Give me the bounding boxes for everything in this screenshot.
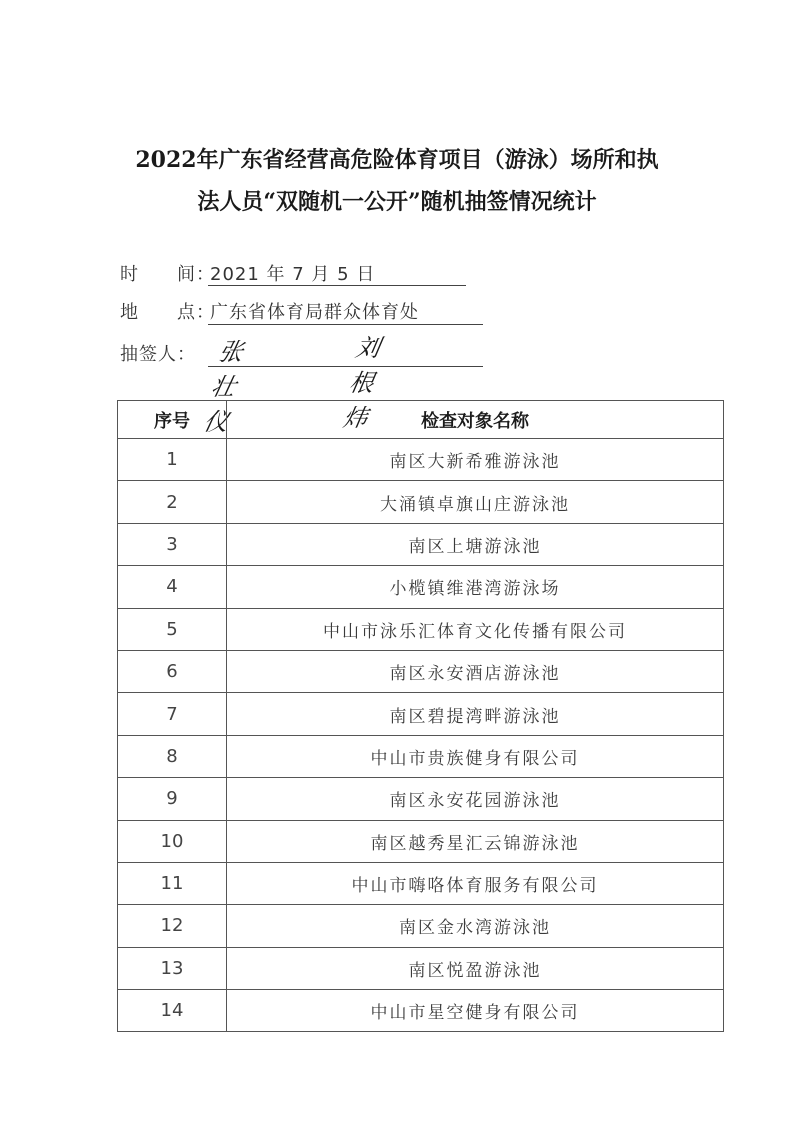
table-row: 8中山市贵族健身有限公司 xyxy=(118,735,724,777)
row-no: 1 xyxy=(118,439,227,481)
row-name: 南区越秀星汇云锦游泳池 xyxy=(227,820,724,862)
row-name: 南区大新希雅游泳池 xyxy=(227,439,724,481)
time-label: 时 间： xyxy=(120,260,215,286)
row-no: 8 xyxy=(118,735,227,777)
row-name: 小榄镇维港湾游泳场 xyxy=(227,566,724,608)
header-target-name: 检查对象名称 xyxy=(227,401,724,439)
row-name: 中山市贵族健身有限公司 xyxy=(227,735,724,777)
row-name: 南区永安花园游泳池 xyxy=(227,778,724,820)
table-row: 4小榄镇维港湾游泳场 xyxy=(118,566,724,608)
table-row: 2大涌镇卓旗山庄游泳池 xyxy=(118,481,724,523)
drawers-underline xyxy=(208,366,483,367)
row-no: 9 xyxy=(118,778,227,820)
table-row: 1南区大新希雅游泳池 xyxy=(118,439,724,481)
row-no: 10 xyxy=(118,820,227,862)
row-name: 大涌镇卓旗山庄游泳池 xyxy=(227,481,724,523)
table-row: 14中山市星空健身有限公司 xyxy=(118,990,724,1032)
document-title-line-2: 法人员“双随机一公开”随机抽签情况统计 xyxy=(0,185,794,216)
row-no: 7 xyxy=(118,693,227,735)
drawers-label: 抽签人： xyxy=(120,340,196,366)
row-no: 12 xyxy=(118,905,227,947)
row-name: 中山市星空健身有限公司 xyxy=(227,990,724,1032)
inspection-target-table: 序号 检查对象名称 1南区大新希雅游泳池 2大涌镇卓旗山庄游泳池 3南区上塘游泳… xyxy=(117,400,724,1032)
row-name: 南区金水湾游泳池 xyxy=(227,905,724,947)
row-no: 13 xyxy=(118,947,227,989)
row-no: 6 xyxy=(118,650,227,692)
row-name: 中山市嗨咯体育服务有限公司 xyxy=(227,862,724,904)
row-name: 南区上塘游泳池 xyxy=(227,523,724,565)
header-serial-no: 序号 xyxy=(118,401,227,439)
table-row: 7南区碧提湾畔游泳池 xyxy=(118,693,724,735)
document-title-line-1: 2022年广东省经营高危险体育项目（游泳）场所和执 xyxy=(0,143,794,174)
table-row: 12南区金水湾游泳池 xyxy=(118,905,724,947)
time-value: 2021 年 7 月 5 日 xyxy=(210,260,375,286)
location-underline xyxy=(208,324,483,325)
row-no: 2 xyxy=(118,481,227,523)
table-row: 13南区悦盈游泳池 xyxy=(118,947,724,989)
row-name: 南区永安酒店游泳池 xyxy=(227,650,724,692)
table-header-row: 序号 检查对象名称 xyxy=(118,401,724,439)
time-underline xyxy=(208,285,466,286)
table-row: 3南区上塘游泳池 xyxy=(118,523,724,565)
row-no: 14 xyxy=(118,990,227,1032)
row-no: 4 xyxy=(118,566,227,608)
row-name: 南区碧提湾畔游泳池 xyxy=(227,693,724,735)
table-row: 5中山市泳乐汇体育文化传播有限公司 xyxy=(118,608,724,650)
table-row: 11中山市嗨咯体育服务有限公司 xyxy=(118,862,724,904)
table-row: 6南区永安酒店游泳池 xyxy=(118,650,724,692)
row-name: 南区悦盈游泳池 xyxy=(227,947,724,989)
location-label: 地 点： xyxy=(120,298,215,324)
table-row: 9南区永安花园游泳池 xyxy=(118,778,724,820)
row-no: 11 xyxy=(118,862,227,904)
row-name: 中山市泳乐汇体育文化传播有限公司 xyxy=(227,608,724,650)
location-value: 广东省体育局群众体育处 xyxy=(210,298,419,324)
table-row: 10南区越秀星汇云锦游泳池 xyxy=(118,820,724,862)
row-no: 5 xyxy=(118,608,227,650)
row-no: 3 xyxy=(118,523,227,565)
